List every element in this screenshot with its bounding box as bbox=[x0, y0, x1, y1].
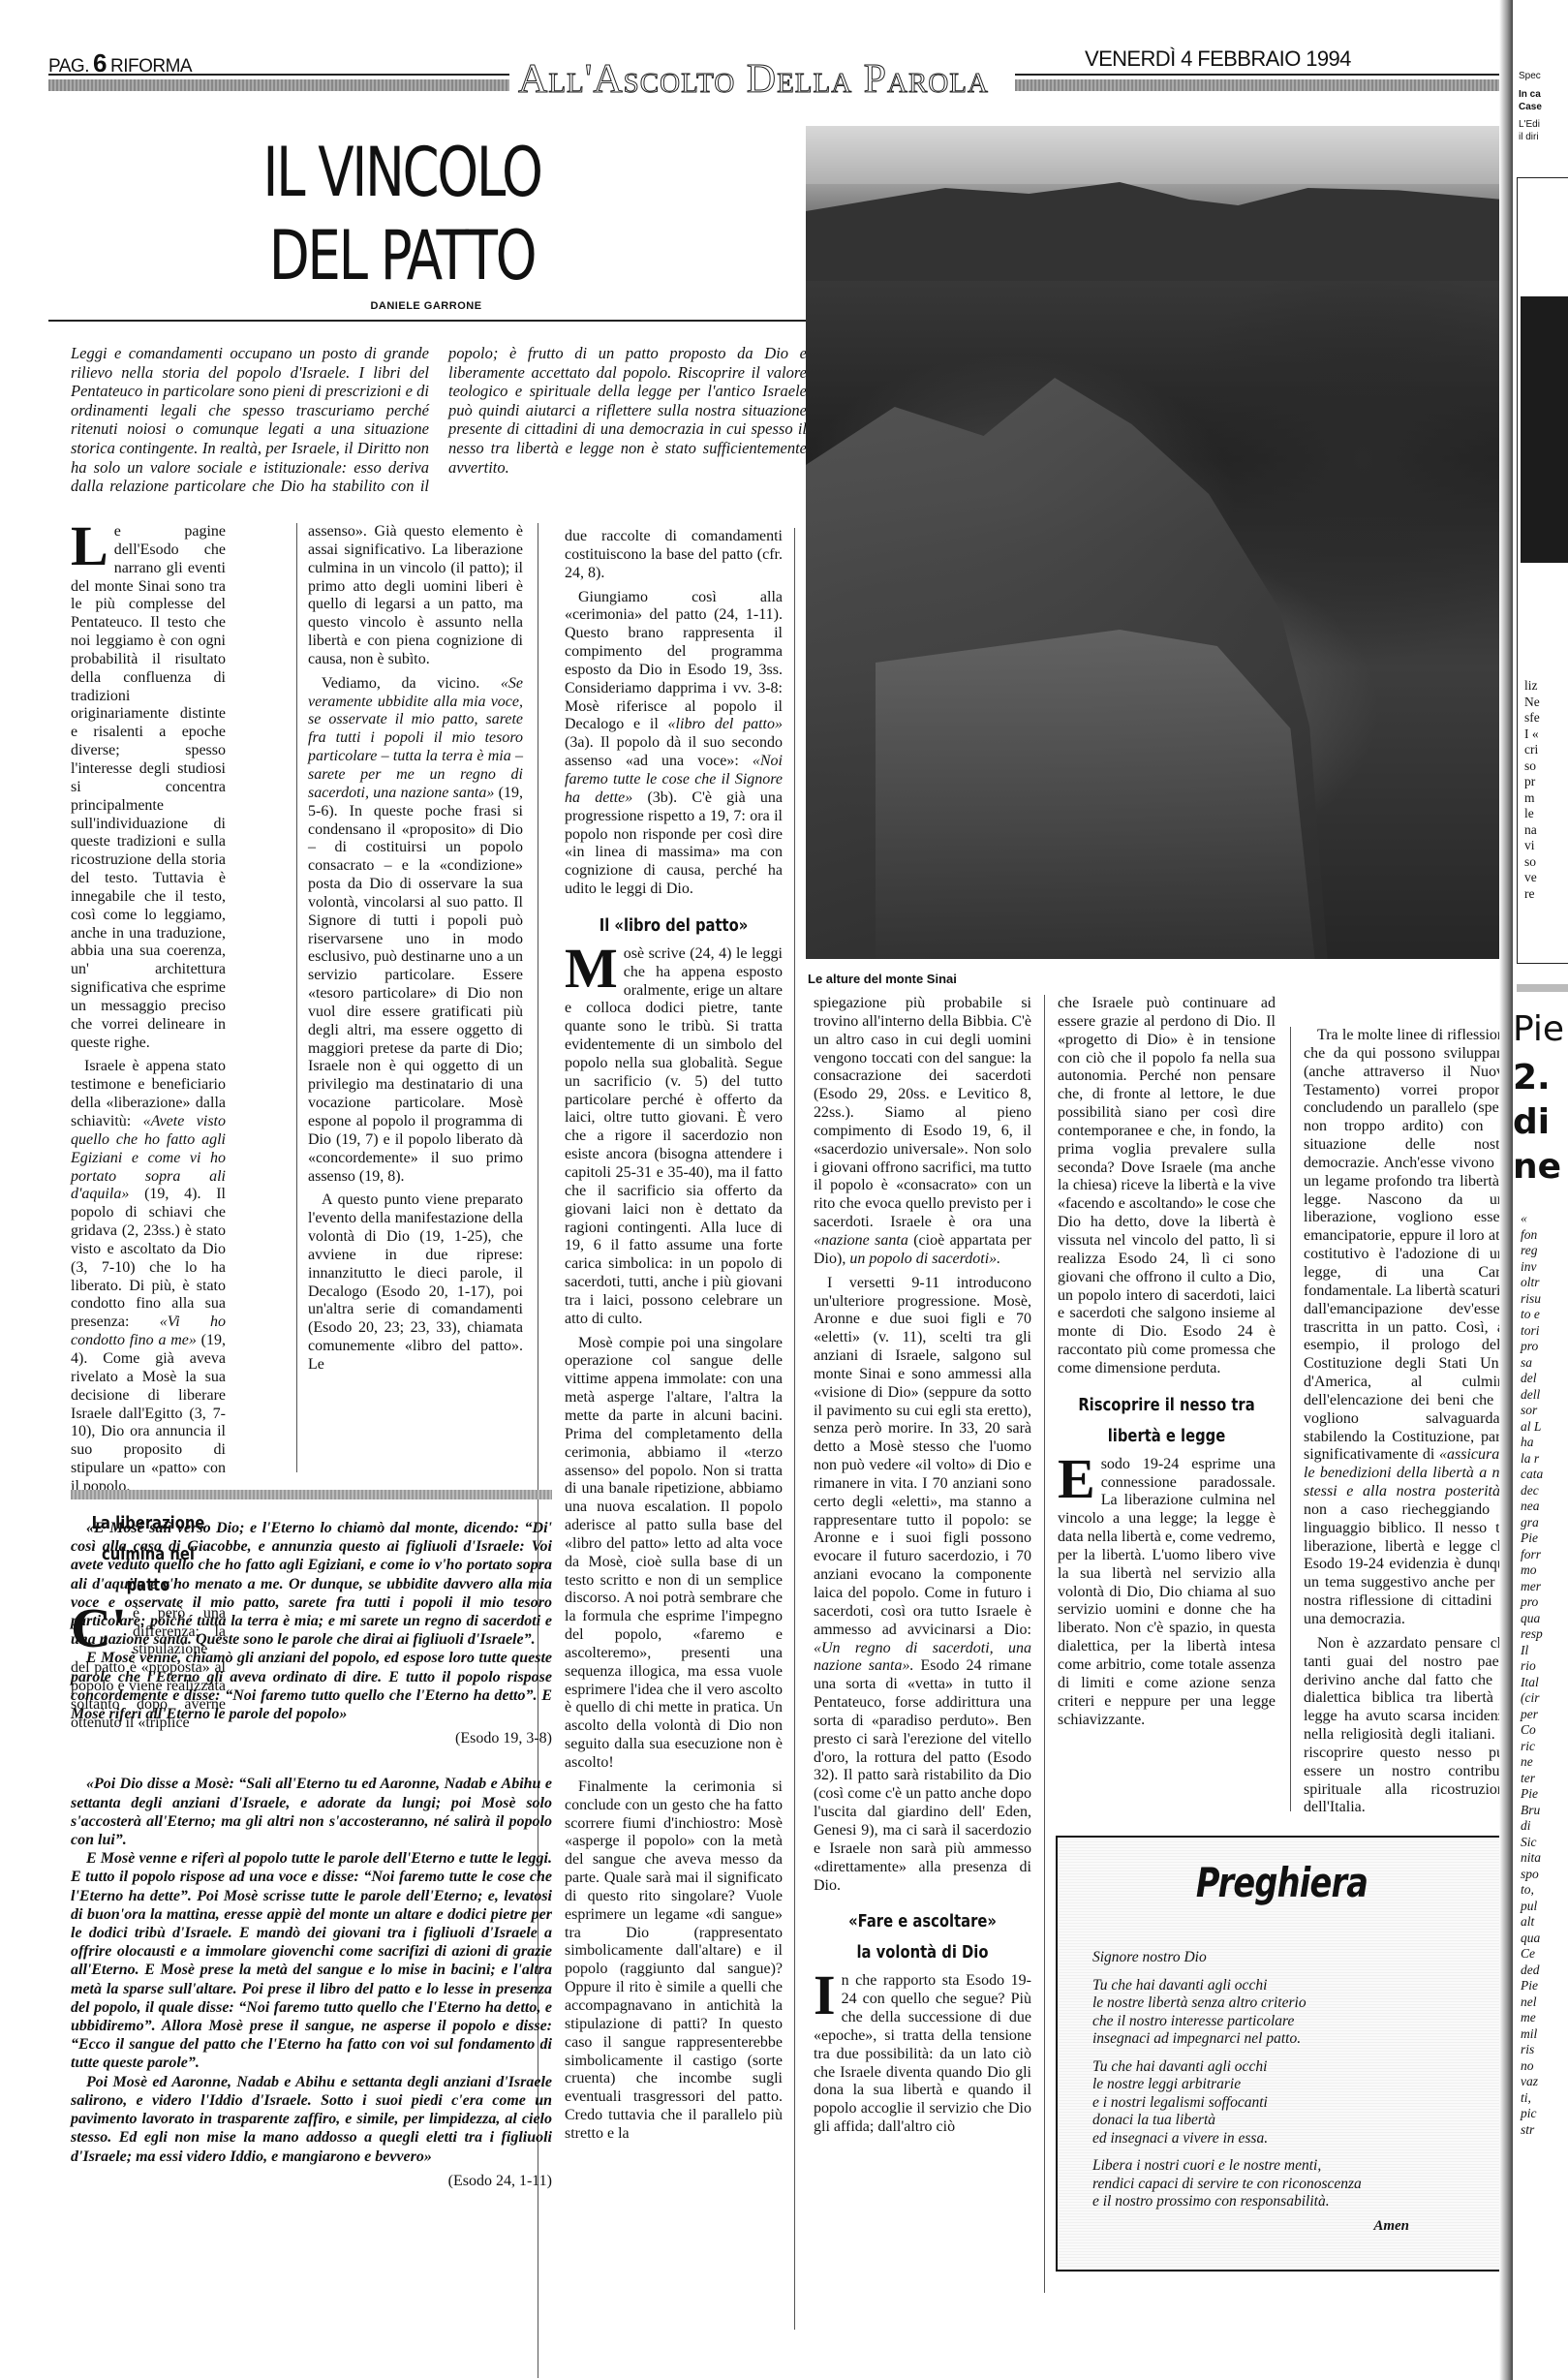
article-column-4: spiegazione più probabile si trovino all… bbox=[814, 995, 1031, 2137]
article-column-6: Tra le molte linee di riflessione che da… bbox=[1304, 1027, 1512, 1817]
headline-line-1: IL VINCOLO bbox=[225, 131, 580, 214]
quote-paragraph: E Mosè venne, chiamò gli anziani del pop… bbox=[71, 1649, 552, 1723]
paragraph: Vediamo, da vicino. «Se veramente ubbidi… bbox=[308, 675, 523, 1187]
section-title: All'Ascolto Della Parola bbox=[518, 56, 989, 103]
quote-paragraph: «E Mosè salì verso Dio; e l'Eterno lo ch… bbox=[71, 1519, 552, 1649]
paragraph: assenso». Già questo elemento è assai si… bbox=[308, 523, 523, 669]
paragraph: Tra le molte linee di riflessione che da… bbox=[1304, 1027, 1512, 1629]
column-divider bbox=[1290, 1027, 1291, 1811]
article-column-2: assenso». Già questo elemento è assai si… bbox=[308, 523, 523, 1375]
prayer-text: Signore nostro Dio Tu che hai davanti ag… bbox=[1092, 1949, 1499, 2221]
quote-paragraph: «Poi Dio disse a Mosè: “Sali all'Eterno … bbox=[71, 1775, 552, 1849]
adjacent-heading: 2. bbox=[1513, 1056, 1551, 1100]
article-intro: Leggi e comandamenti occupano un posto d… bbox=[71, 344, 807, 496]
adjacent-heading: Pie bbox=[1513, 1007, 1564, 1052]
paragraph: Finalmente la cerimonia si conclude con … bbox=[565, 1778, 783, 2144]
prayer-line: Signore nostro Dio bbox=[1092, 1949, 1499, 1967]
subheading: Riscoprire il nesso tralibertà e legge bbox=[1077, 1390, 1256, 1452]
paragraph: Esodo 19-24 esprime una connessione para… bbox=[1058, 1456, 1276, 1730]
paragraph: due raccolte di comandamenti costituisco… bbox=[565, 528, 783, 583]
article-headline: IL VINCOLO DEL PATTO bbox=[225, 131, 580, 297]
headline-line-2: DEL PATTO bbox=[225, 214, 580, 297]
page-fold-shadow bbox=[1499, 0, 1513, 2380]
adjacent-text: L'Edi bbox=[1519, 118, 1540, 131]
paragraph: I versetti 9-11 introducono un'ulteriore… bbox=[814, 1275, 1031, 1896]
dropcap: E bbox=[1058, 1458, 1095, 1500]
column-divider bbox=[794, 528, 795, 2330]
quote-reference: (Esodo 19, 3-8) bbox=[71, 1729, 552, 1747]
adjacent-heading: di bbox=[1513, 1100, 1550, 1145]
article-column-3: due raccolte di comandamenti costituisco… bbox=[565, 528, 783, 2144]
masthead-rule-left bbox=[48, 74, 509, 95]
column-divider bbox=[1044, 995, 1045, 2293]
paragraph: Israele è appena stato testimone e benef… bbox=[71, 1058, 226, 1496]
masthead-rule-right bbox=[1015, 74, 1499, 95]
prayer-title: Preghiera bbox=[1102, 1859, 1460, 1906]
quote-paragraph: Poi Mosè ed Aaronne, Nadab e Abihu e set… bbox=[71, 2073, 552, 2166]
subheading: Il «libro del patto» bbox=[584, 911, 763, 942]
adjacent-text: In ca bbox=[1519, 88, 1541, 101]
prayer-stanza: Libera i nostri cuori e le nostre menti,… bbox=[1092, 2157, 1499, 2211]
paragraph: che Israele può continuare ad essere gra… bbox=[1058, 995, 1276, 1378]
adjacent-heading: ne bbox=[1513, 1145, 1561, 1190]
quote-paragraph: E Mosè venne e riferì al popolo tutte le… bbox=[71, 1849, 552, 2072]
issue-date: VENERDÌ 4 FEBBRAIO 1994 bbox=[1085, 46, 1351, 72]
quote-reference: (Esodo 24, 1-11) bbox=[71, 2172, 552, 2190]
scripture-quotes: «E Mosè salì verso Dio; e l'Eterno lo ch… bbox=[71, 1519, 552, 2217]
paragraph: Mosè scrive (24, 4) le leggi che ha appe… bbox=[565, 945, 783, 1329]
adjacent-page-strip: Spec In ca Case L'Edi il diri lizNesfeI … bbox=[1513, 0, 1568, 2380]
prayer-box: Preghiera Signore nostro Dio Tu che hai … bbox=[1056, 1836, 1506, 2272]
paragraph: e pagine dell'Esodo che narrano gli even… bbox=[71, 523, 226, 1051]
adjacent-text: il diri bbox=[1519, 131, 1539, 143]
dropcap: L bbox=[71, 525, 108, 568]
paragraph: Giungiamo così alla «cerimonia» del patt… bbox=[565, 589, 783, 899]
adjacent-text: Spec bbox=[1519, 70, 1541, 82]
adjacent-photo bbox=[1521, 296, 1568, 563]
paragraph: In che rapporto sta Esodo 19-24 con quel… bbox=[814, 1972, 1031, 2137]
paragraph: spiegazione più probabile si trovino all… bbox=[814, 995, 1031, 1269]
paragraph: Mosè compie poi una singolare operazione… bbox=[565, 1335, 783, 1773]
dropcap: I bbox=[814, 1974, 836, 2017]
prayer-stanza: Tu che hai davanti agli occhile nostre l… bbox=[1092, 1977, 1499, 2049]
prayer-stanza: Tu che hai davanti agli occhile nostre l… bbox=[1092, 2058, 1499, 2148]
photo-caption: Le alture del monte Sinai bbox=[808, 972, 957, 986]
paragraph: A questo punto viene preparato l'evento … bbox=[308, 1191, 523, 1374]
prayer-amen: Amen bbox=[1373, 2218, 1409, 2235]
subheading: «Fare e ascoltare»la volontà di Dio bbox=[833, 1906, 1012, 1968]
dropcap: M bbox=[565, 947, 618, 990]
photo-mount-sinai bbox=[806, 126, 1503, 959]
article-column-5: che Israele può continuare ad essere gra… bbox=[1058, 995, 1276, 1729]
adjacent-box-text: lizNesfeI «crisoprmlenavisovere bbox=[1524, 678, 1540, 902]
scripture-band bbox=[71, 1490, 552, 1499]
byline: DANIELE GARRONE bbox=[48, 300, 804, 312]
column-divider bbox=[296, 523, 297, 1472]
adjacent-text: Case bbox=[1519, 101, 1542, 113]
paragraph: Non è azzardato pensare che tanti guai d… bbox=[1304, 1635, 1512, 1817]
adjacent-band bbox=[1517, 984, 1568, 992]
adjacent-body-text: «fonreginvoltrrisuto etoriprosadeldellso… bbox=[1521, 1211, 1543, 2138]
